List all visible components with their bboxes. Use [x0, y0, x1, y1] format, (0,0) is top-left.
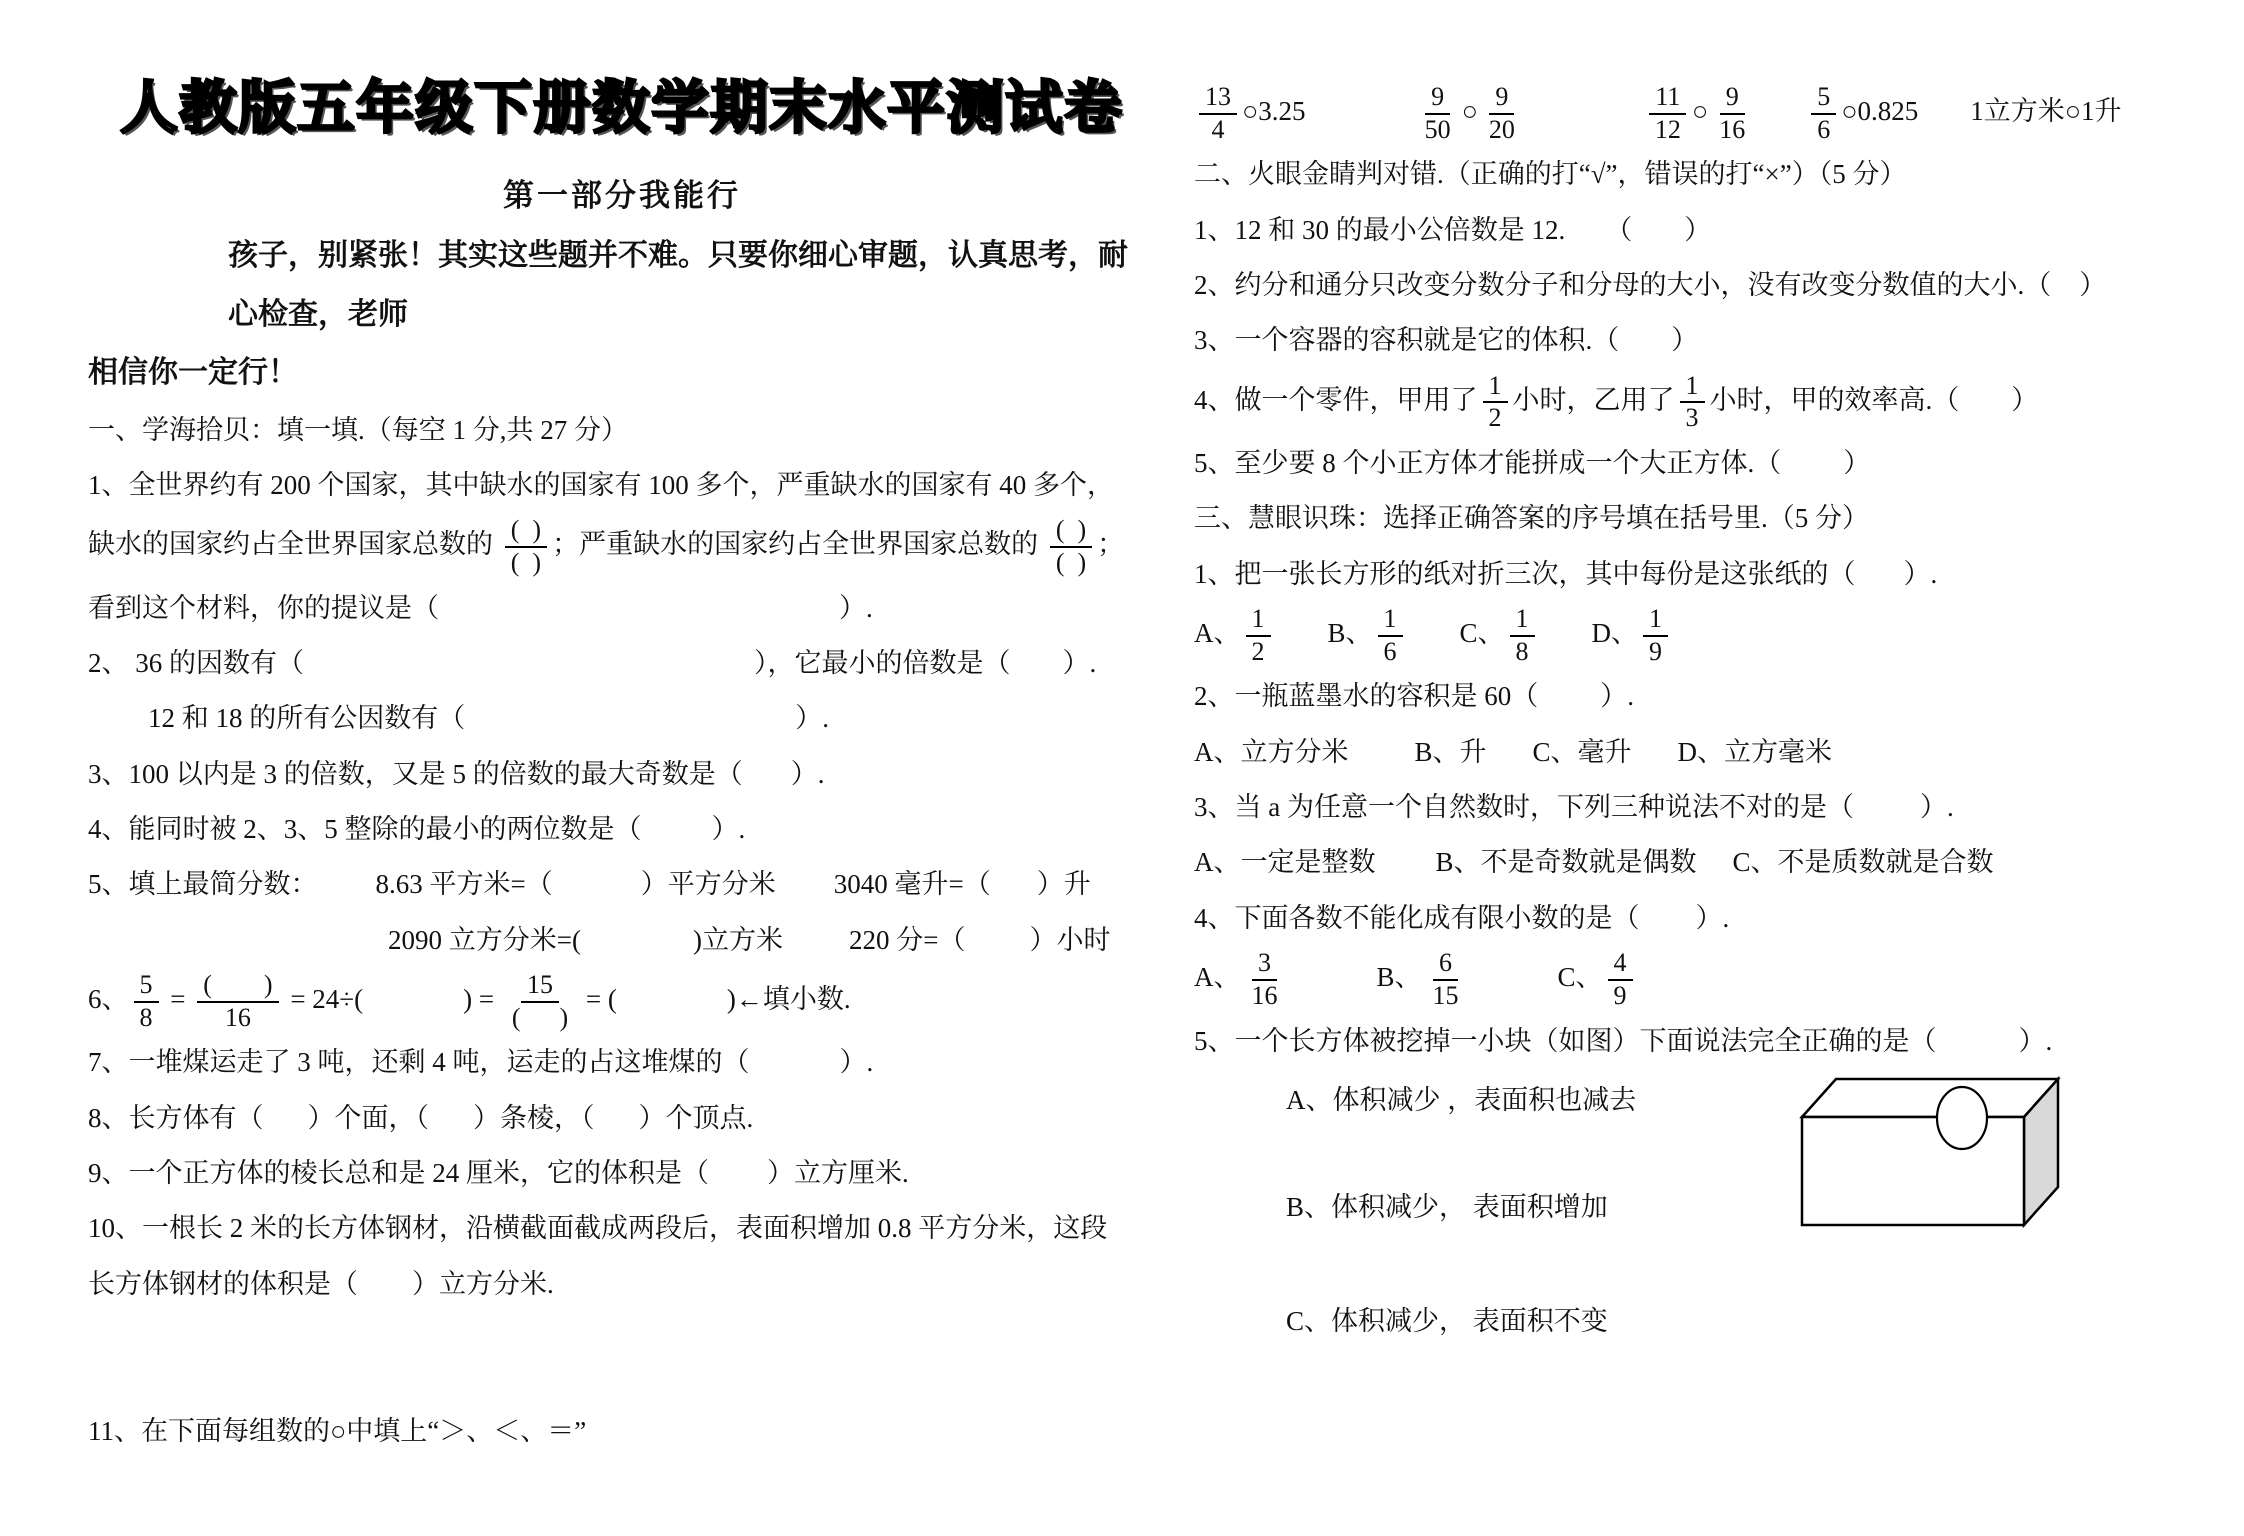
answer-blank	[991, 892, 1037, 893]
cuboid-figure	[1790, 1069, 2090, 1240]
text-run: 2、约分和通分只改变分数分子和分母的大小，没有改变分数值的大小.（	[1194, 270, 2051, 300]
answer-blank	[965, 948, 1029, 949]
right-column: 134○3.25950○9201112○91656○0.8251立方米○1升二、…	[1194, 56, 2158, 1516]
text-run: ）个面，（	[308, 1103, 430, 1133]
answer-blank	[2051, 293, 2079, 294]
left-column: 人教版五年级下册数学期末水平测试卷 第一部分我能行 孩子，别紧张！其实这些题并不…	[88, 56, 1156, 1516]
text-line: 9、一个正方体的棱长总和是 24 厘米，它的体积是（）立方厘米.	[88, 1146, 1156, 1201]
text-run: 一、学海拾贝：填一填.（每空 1 分,共 27 分）	[88, 415, 628, 445]
fraction-numerator: 1	[1246, 604, 1271, 637]
fraction-denominator: 6	[1378, 637, 1403, 668]
fraction-numerator: ( )	[505, 515, 547, 548]
text-run: C、毫升	[1533, 737, 1632, 767]
fraction-denominator: 2	[1483, 403, 1508, 434]
text-run: 三、慧眼识珠：选择正确答案的序号填在括号里.（5 分）	[1194, 503, 1869, 533]
answer-blank	[617, 1007, 727, 1008]
fraction: 615	[1427, 948, 1465, 1011]
text-run: 9、一个正方体的棱长总和是 24 厘米，它的体积是（	[88, 1158, 709, 1188]
text-run: 4、下面各数不能化成有限小数的是（	[1194, 903, 1640, 933]
text-run: 220 分=（	[849, 925, 965, 955]
fraction-numerator: 5	[1811, 82, 1836, 115]
text-run: ）升	[1037, 869, 1091, 899]
answer-blank	[1565, 238, 1605, 239]
text-run: B、不是奇数就是偶数	[1436, 847, 1697, 877]
answer-blank	[1640, 926, 1696, 927]
answer-blank	[363, 1007, 463, 1008]
fraction-numerator: 4	[1608, 948, 1633, 981]
text-run: ）.	[1600, 681, 1634, 711]
text-run: 1立方米○1升	[1970, 96, 2121, 126]
text-run: ）条棱，（	[473, 1103, 595, 1133]
fraction-denominator: 16	[1713, 115, 1751, 146]
text-run: A、一定是整数	[1194, 847, 1376, 877]
text-run: 5、至少要 8 个小正方体才能拼成一个大正方体.（	[1194, 448, 1781, 478]
answer-blank	[304, 671, 754, 672]
text-run: ）	[2079, 270, 2106, 300]
text-line: 4、能同时被 2、3、5 整除的最小的两位数是（）.	[88, 802, 1156, 857]
fraction-denominator: 15	[1427, 981, 1465, 1012]
text-line: 3、一个容器的容积就是它的体积.（）	[1194, 313, 2158, 368]
text-line: C、体积减少， 表面积不变	[1194, 1294, 1734, 1349]
text-run: ），它最小的倍数是（	[754, 648, 1011, 678]
text-run: 5、一个长方体被挖掉一小块（如图）下面说法完全正确的是（	[1194, 1026, 1937, 1056]
text-run: 3、100 以内是 3 的倍数，又是 5 的倍数的最大奇数是（	[88, 759, 743, 789]
answer-blank	[1289, 985, 1377, 986]
text-run: 4、做一个零件，甲用了	[1194, 385, 1478, 415]
text-line: 二、火眼金睛判对错.（正确的打“√”，错误的打“×”）（5 分）	[1194, 147, 2158, 202]
fraction: 16	[1378, 604, 1403, 667]
fraction-denominator: 9	[1608, 981, 1633, 1012]
text-line: 1、全世界约有 200 个国家，其中缺水的国家有 100 多个，严重缺水的国家有…	[88, 458, 1156, 513]
answer-blank	[743, 782, 791, 783]
answer-blank	[1011, 671, 1063, 672]
text-run: B、	[1377, 962, 1422, 992]
answer-blank	[1276, 641, 1328, 642]
text-line: B、体积减少， 表面积增加	[1194, 1180, 1734, 1235]
text-line: 4、下面各数不能化成有限小数的是（）.	[1194, 891, 2158, 946]
fraction: 58	[134, 970, 159, 1033]
answer-blank	[1408, 641, 1460, 642]
text-run: ）.	[1904, 559, 1938, 589]
text-run: 1、12 和 30 的最小公倍数是 12.	[1194, 215, 1565, 245]
answer-blank	[581, 948, 693, 949]
fraction-numerator: 6	[1433, 948, 1458, 981]
fraction-numerator: 5	[134, 970, 159, 1003]
text-line: 8、长方体有（）个面，（）条棱，（）个顶点.	[88, 1091, 1156, 1146]
text-line: A、立方分米B、升C、毫升D、立方毫米	[1194, 725, 2158, 780]
text-line: 三、慧眼识珠：选择正确答案的序号填在括号里.（5 分）	[1194, 491, 2158, 546]
text-line: 2、约分和通分只改变分数分子和分母的大小，没有改变分数值的大小.（）	[1194, 258, 2158, 313]
text-run: C、	[1558, 962, 1603, 992]
text-line: 5、一个长方体被挖掉一小块（如图）下面说法完全正确的是（）.	[1194, 1014, 2158, 1069]
text-run: D、	[1592, 618, 1639, 648]
text-run: 长方体钢材的体积是（	[88, 1269, 358, 1299]
fraction-denominator: 8	[134, 1003, 159, 1034]
text-run: ）	[2011, 385, 2038, 415]
fraction-numerator: 13	[1199, 82, 1237, 115]
cuboid-front-face	[1802, 1117, 2024, 1225]
fraction: 19	[1643, 604, 1668, 667]
text-run: ○0.825	[1841, 96, 1918, 126]
answer-blank	[264, 1126, 308, 1127]
text-run: ）平方分米	[641, 869, 776, 899]
text-run: 7、一堆煤运走了 3 吨，还剩 4 吨，运走的占这堆煤的（	[88, 1047, 750, 1077]
text-run: ）立方厘米.	[767, 1158, 909, 1188]
fraction: 12	[1246, 604, 1271, 667]
text-line: A、316B、615C、49	[1194, 946, 2158, 1013]
cuboid-top-face	[1802, 1079, 2058, 1117]
text-line: 10、一根长 2 米的长方体钢材，沿横截面截成两段后，表面积增加 0.8 平方分…	[88, 1201, 1156, 1256]
text-run: A、体积减少 ，表面积也减去	[1286, 1085, 1636, 1115]
fraction-numerator: 9	[1425, 82, 1450, 115]
answer-blank	[1540, 641, 1592, 642]
intro-paragraph: 孩子，别紧张！其实这些题并不难。只要你细心审题，认真思考，耐心检查，老师相信你一…	[88, 227, 1156, 403]
text-line: A、12B、16C、18D、19	[1194, 602, 2158, 669]
text-line: 一、学海拾贝：填一填.（每空 1 分,共 27 分）	[88, 403, 1156, 458]
text-run: （	[1605, 215, 1632, 245]
answer-blank	[783, 948, 849, 949]
fraction-numerator: 3	[1252, 948, 1277, 981]
worksheet-page: 人教版五年级下册数学期末水平测试卷 第一部分我能行 孩子，别紧张！其实这些题并不…	[0, 0, 2244, 1536]
text-run: ）.	[1920, 792, 1954, 822]
fraction: ( )16	[197, 970, 278, 1033]
fraction: 13	[1680, 371, 1705, 434]
fraction-denominator: 4	[1206, 115, 1231, 146]
fraction-denominator: 20	[1483, 115, 1521, 146]
text-run: ）	[1684, 215, 1711, 245]
fraction-denominator: 6	[1811, 115, 1836, 146]
fraction-numerator: 1	[1643, 604, 1668, 637]
answer-blank	[1376, 870, 1436, 871]
text-line: 孩子，别紧张！其实这些题并不难。只要你细心审题，认真思考，耐心检查，老师	[88, 227, 1156, 344]
text-run: 看到这个材料，你的提议是（	[88, 593, 439, 623]
fraction: 56	[1811, 82, 1836, 145]
text-run: = (	[579, 984, 617, 1014]
text-line: 2、一瓶蓝墨水的容积是 60（）.	[1194, 669, 2158, 724]
text-run: 11、在下面每组数的○中填上“＞、＜、＝”	[88, 1416, 586, 1446]
text-run: ）	[1843, 448, 1870, 478]
answer-blank	[1632, 238, 1684, 239]
text-line: 1、把一张长方形的纸对折三次，其中每份是这张纸的（）.	[1194, 547, 2158, 602]
text-run: ）	[1671, 325, 1698, 355]
fraction-numerator: 9	[1720, 82, 1745, 115]
text-run: )←填小数.	[727, 984, 851, 1014]
text-run: 小时，乙用了	[1513, 385, 1675, 415]
fraction-denominator: 3	[1680, 403, 1705, 434]
text-run: 3、当 a 为任意一个自然数时，下列三种说法不对的是（	[1194, 792, 1854, 822]
text-run: 8.63 平方米=（	[376, 869, 553, 899]
fraction: 316	[1246, 948, 1284, 1011]
text-run: 3、一个容器的容积就是它的体积.（	[1194, 325, 1619, 355]
fraction: 916	[1713, 82, 1751, 145]
text-run: ）.	[1696, 903, 1730, 933]
fraction: 950	[1419, 82, 1457, 145]
answer-blank	[1470, 985, 1558, 986]
fraction-denominator: 16	[1246, 981, 1284, 1012]
choice-q5-block: A、体积减少 ，表面积也减去B、体积减少， 表面积增加C、体积减少， 表面积不变	[1194, 1073, 2158, 1349]
fraction: 15( )	[506, 970, 574, 1033]
text-run: 孩子，别紧张！其实这些题并不难。只要你细心审题，认真思考，耐心检查，老师	[228, 239, 1128, 331]
text-run: ）.	[712, 814, 746, 844]
text-run: 1、把一张长方形的纸对折三次，其中每份是这张纸的（	[1194, 559, 1856, 589]
text-run: 相信你一定行！	[88, 356, 298, 389]
text-run: ）.	[1063, 648, 1097, 678]
answer-blank	[642, 837, 712, 838]
fraction-denominator: ( )	[505, 548, 547, 579]
text-run: ○	[1462, 96, 1478, 126]
text-line: 5、填上最简分数：8.63 平方米=（）平方分米3040 毫升=（）升	[88, 857, 1156, 912]
text-run: 3040 毫升=（	[834, 869, 991, 899]
text-run: 10、一根长 2 米的长方体钢材，沿横截面截成两段后，表面积增加 0.8 平方分…	[88, 1213, 1107, 1243]
answer-blank	[1697, 870, 1733, 871]
text-run: C、体积减少， 表面积不变	[1286, 1306, 1608, 1336]
text-run: ；	[1097, 529, 1124, 559]
answer-blank	[429, 1126, 473, 1127]
text-line: 12 和 18 的所有公因数有（）.	[88, 691, 1156, 746]
text-run: =	[164, 984, 193, 1014]
text-run: ）.	[795, 703, 829, 733]
answer-blank	[1306, 119, 1414, 120]
fraction-denominator: 50	[1419, 115, 1457, 146]
answer-blank	[1854, 815, 1920, 816]
text-run: )立方米	[693, 925, 783, 955]
text-run: A、	[1194, 618, 1241, 648]
answer-blank	[1526, 119, 1644, 120]
fraction-numerator: ( )	[1050, 515, 1092, 548]
answer-blank	[750, 1070, 840, 1071]
text-run: C、不是质数就是合数	[1733, 847, 1994, 877]
answer-blank	[1937, 1049, 2019, 1050]
text-line: A、体积减少 ，表面积也减去	[1194, 1073, 1734, 1128]
text-run: B、体积减少， 表面积增加	[1286, 1192, 1608, 1222]
fraction-denominator: 9	[1643, 637, 1668, 668]
text-run: D、立方毫米	[1678, 737, 1833, 767]
answer-blank	[1538, 704, 1600, 705]
fraction-numerator: 9	[1489, 82, 1514, 115]
text-run: ；严重缺水的国家约占全世界国家总数的	[552, 529, 1045, 559]
text-run: ）小时	[1029, 925, 1110, 955]
text-run: 2090 立方分米=(	[388, 925, 581, 955]
text-line: 1、12 和 30 的最小公倍数是 12.（）	[1194, 203, 2158, 258]
text-line: 3、100 以内是 3 的倍数，又是 5 的倍数的最大奇数是（）.	[88, 747, 1156, 802]
text-run: ) =	[463, 984, 501, 1014]
text-run: 缺水的国家约占全世界国家总数的	[88, 529, 500, 559]
text-run: 12 和 18 的所有公因数有（	[148, 703, 465, 733]
fraction-numerator: 1	[1680, 371, 1705, 404]
fraction: 18	[1510, 604, 1535, 667]
fraction-numerator: 11	[1649, 82, 1686, 115]
text-run: 6、	[88, 984, 129, 1014]
answer-blank	[1632, 760, 1678, 761]
answer-blank	[709, 1181, 767, 1182]
page-title: 人教版五年级下册数学期末水平测试卷	[88, 62, 1156, 144]
text-line: 缺水的国家约占全世界国家总数的 ( )( )；严重缺水的国家约占全世界国家总数的…	[88, 513, 1156, 580]
answer-blank	[1487, 760, 1533, 761]
text-line: 相信你一定行！	[88, 344, 1156, 403]
text-line: 6、58 = ( )16 = 24÷() = 15( ) = ()←填小数.	[88, 968, 1156, 1035]
text-run: 二、火眼金睛判对错.（正确的打“√”，错误的打“×”）（5 分）	[1194, 159, 1906, 189]
answer-blank	[595, 1126, 639, 1127]
text-run: B、	[1328, 618, 1373, 648]
fraction: ( )( )	[505, 515, 547, 578]
fraction-denominator: ( )	[1050, 548, 1092, 579]
fraction-numerator: 15	[521, 970, 559, 1003]
text-line: 134○3.25950○9201112○91656○0.8251立方米○1升	[1194, 80, 2158, 147]
text-run: ○	[1692, 96, 1708, 126]
answer-blank	[1756, 119, 1806, 120]
fraction: 12	[1483, 371, 1508, 434]
text-run: 1、全世界约有 200 个国家，其中缺水的国家有 100 多个，严重缺水的国家有…	[88, 470, 1114, 500]
hole-ellipse	[1937, 1087, 1987, 1149]
answer-blank	[776, 892, 834, 893]
text-run: ）.	[839, 593, 873, 623]
fraction: 1112	[1649, 82, 1687, 145]
choice-q5-options: A、体积减少 ，表面积也减去B、体积减少， 表面积增加C、体积减少， 表面积不变	[1194, 1073, 1734, 1349]
fraction-denominator: 16	[219, 1003, 257, 1034]
text-run: 5、填上最简分数：	[88, 869, 318, 899]
text-run: A、立方分米	[1194, 737, 1349, 767]
fraction: 49	[1608, 948, 1633, 1011]
text-run: 4、能同时被 2、3、5 整除的最小的两位数是（	[88, 814, 642, 844]
answer-blank	[1619, 348, 1671, 349]
fraction-denominator: ( )	[506, 1003, 574, 1034]
text-run: 2、一瓶蓝墨水的容积是 60（	[1194, 681, 1538, 711]
text-line: 5、至少要 8 个小正方体才能拼成一个大正方体.（）	[1194, 436, 2158, 491]
text-run: ）.	[840, 1047, 874, 1077]
text-run: 小时，甲的效率高.（	[1710, 385, 1960, 415]
answer-blank	[553, 892, 641, 893]
text-line: 看到这个材料，你的提议是（）.	[88, 581, 1156, 636]
right-questions: 134○3.25950○9201112○91656○0.8251立方米○1升二、…	[1194, 80, 2158, 1069]
part1-header: 第一部分我能行	[88, 170, 1156, 215]
text-run: ）个顶点.	[639, 1103, 754, 1133]
text-run: 8、长方体有（	[88, 1103, 264, 1133]
text-line: A、一定是整数B、不是奇数就是偶数C、不是质数就是合数	[1194, 835, 2158, 890]
text-line: 11、在下面每组数的○中填上“＞、＜、＝”	[88, 1404, 1156, 1459]
answer-blank	[318, 892, 376, 893]
text-run: = 24÷(	[284, 984, 364, 1014]
text-run: ）.	[791, 759, 825, 789]
text-run: B、升	[1415, 737, 1487, 767]
cuboid-svg	[1790, 1069, 2090, 1235]
fraction: ( )( )	[1050, 515, 1092, 578]
text-line: 3、当 a 为任意一个自然数时，下列三种说法不对的是（）.	[1194, 780, 2158, 835]
answer-blank	[1349, 760, 1415, 761]
fraction-denominator: 8	[1510, 637, 1535, 668]
fraction-numerator: 1	[1510, 604, 1535, 637]
answer-blank	[439, 616, 839, 617]
answer-blank	[358, 1292, 412, 1293]
text-line: 长方体钢材的体积是（）立方分米.	[88, 1257, 1156, 1312]
answer-blank	[1856, 582, 1904, 583]
fraction-numerator: ( )	[197, 970, 278, 1003]
text-run: ○3.25	[1242, 96, 1306, 126]
answer-blank	[1959, 408, 2011, 409]
fraction: 134	[1199, 82, 1237, 145]
text-run: C、	[1460, 618, 1505, 648]
fraction-denominator: 2	[1246, 637, 1271, 668]
answer-blank	[1918, 119, 1970, 120]
text-line: 2090 立方分米=()立方米220 分=（）小时	[88, 913, 1156, 968]
fraction-numerator: 1	[1483, 371, 1508, 404]
text-run: A、	[1194, 962, 1241, 992]
answer-blank	[1781, 471, 1843, 472]
answer-blank	[465, 726, 795, 727]
text-run: 2、 36 的因数有（	[88, 648, 304, 678]
text-line: 2、 36 的因数有（），它最小的倍数是（）.	[88, 636, 1156, 691]
text-run: ）立方分米.	[412, 1269, 554, 1299]
left-questions: 一、学海拾贝：填一填.（每空 1 分,共 27 分）1、全世界约有 200 个国…	[88, 403, 1156, 1460]
text-run: ）.	[2019, 1026, 2053, 1056]
fraction: 920	[1483, 82, 1521, 145]
fraction-numerator: 1	[1378, 604, 1403, 637]
fraction-denominator: 12	[1649, 115, 1687, 146]
text-line: 4、做一个零件，甲用了12小时，乙用了13小时，甲的效率高.（）	[1194, 369, 2158, 436]
text-line: 7、一堆煤运走了 3 吨，还剩 4 吨，运走的占这堆煤的（）.	[88, 1035, 1156, 1090]
